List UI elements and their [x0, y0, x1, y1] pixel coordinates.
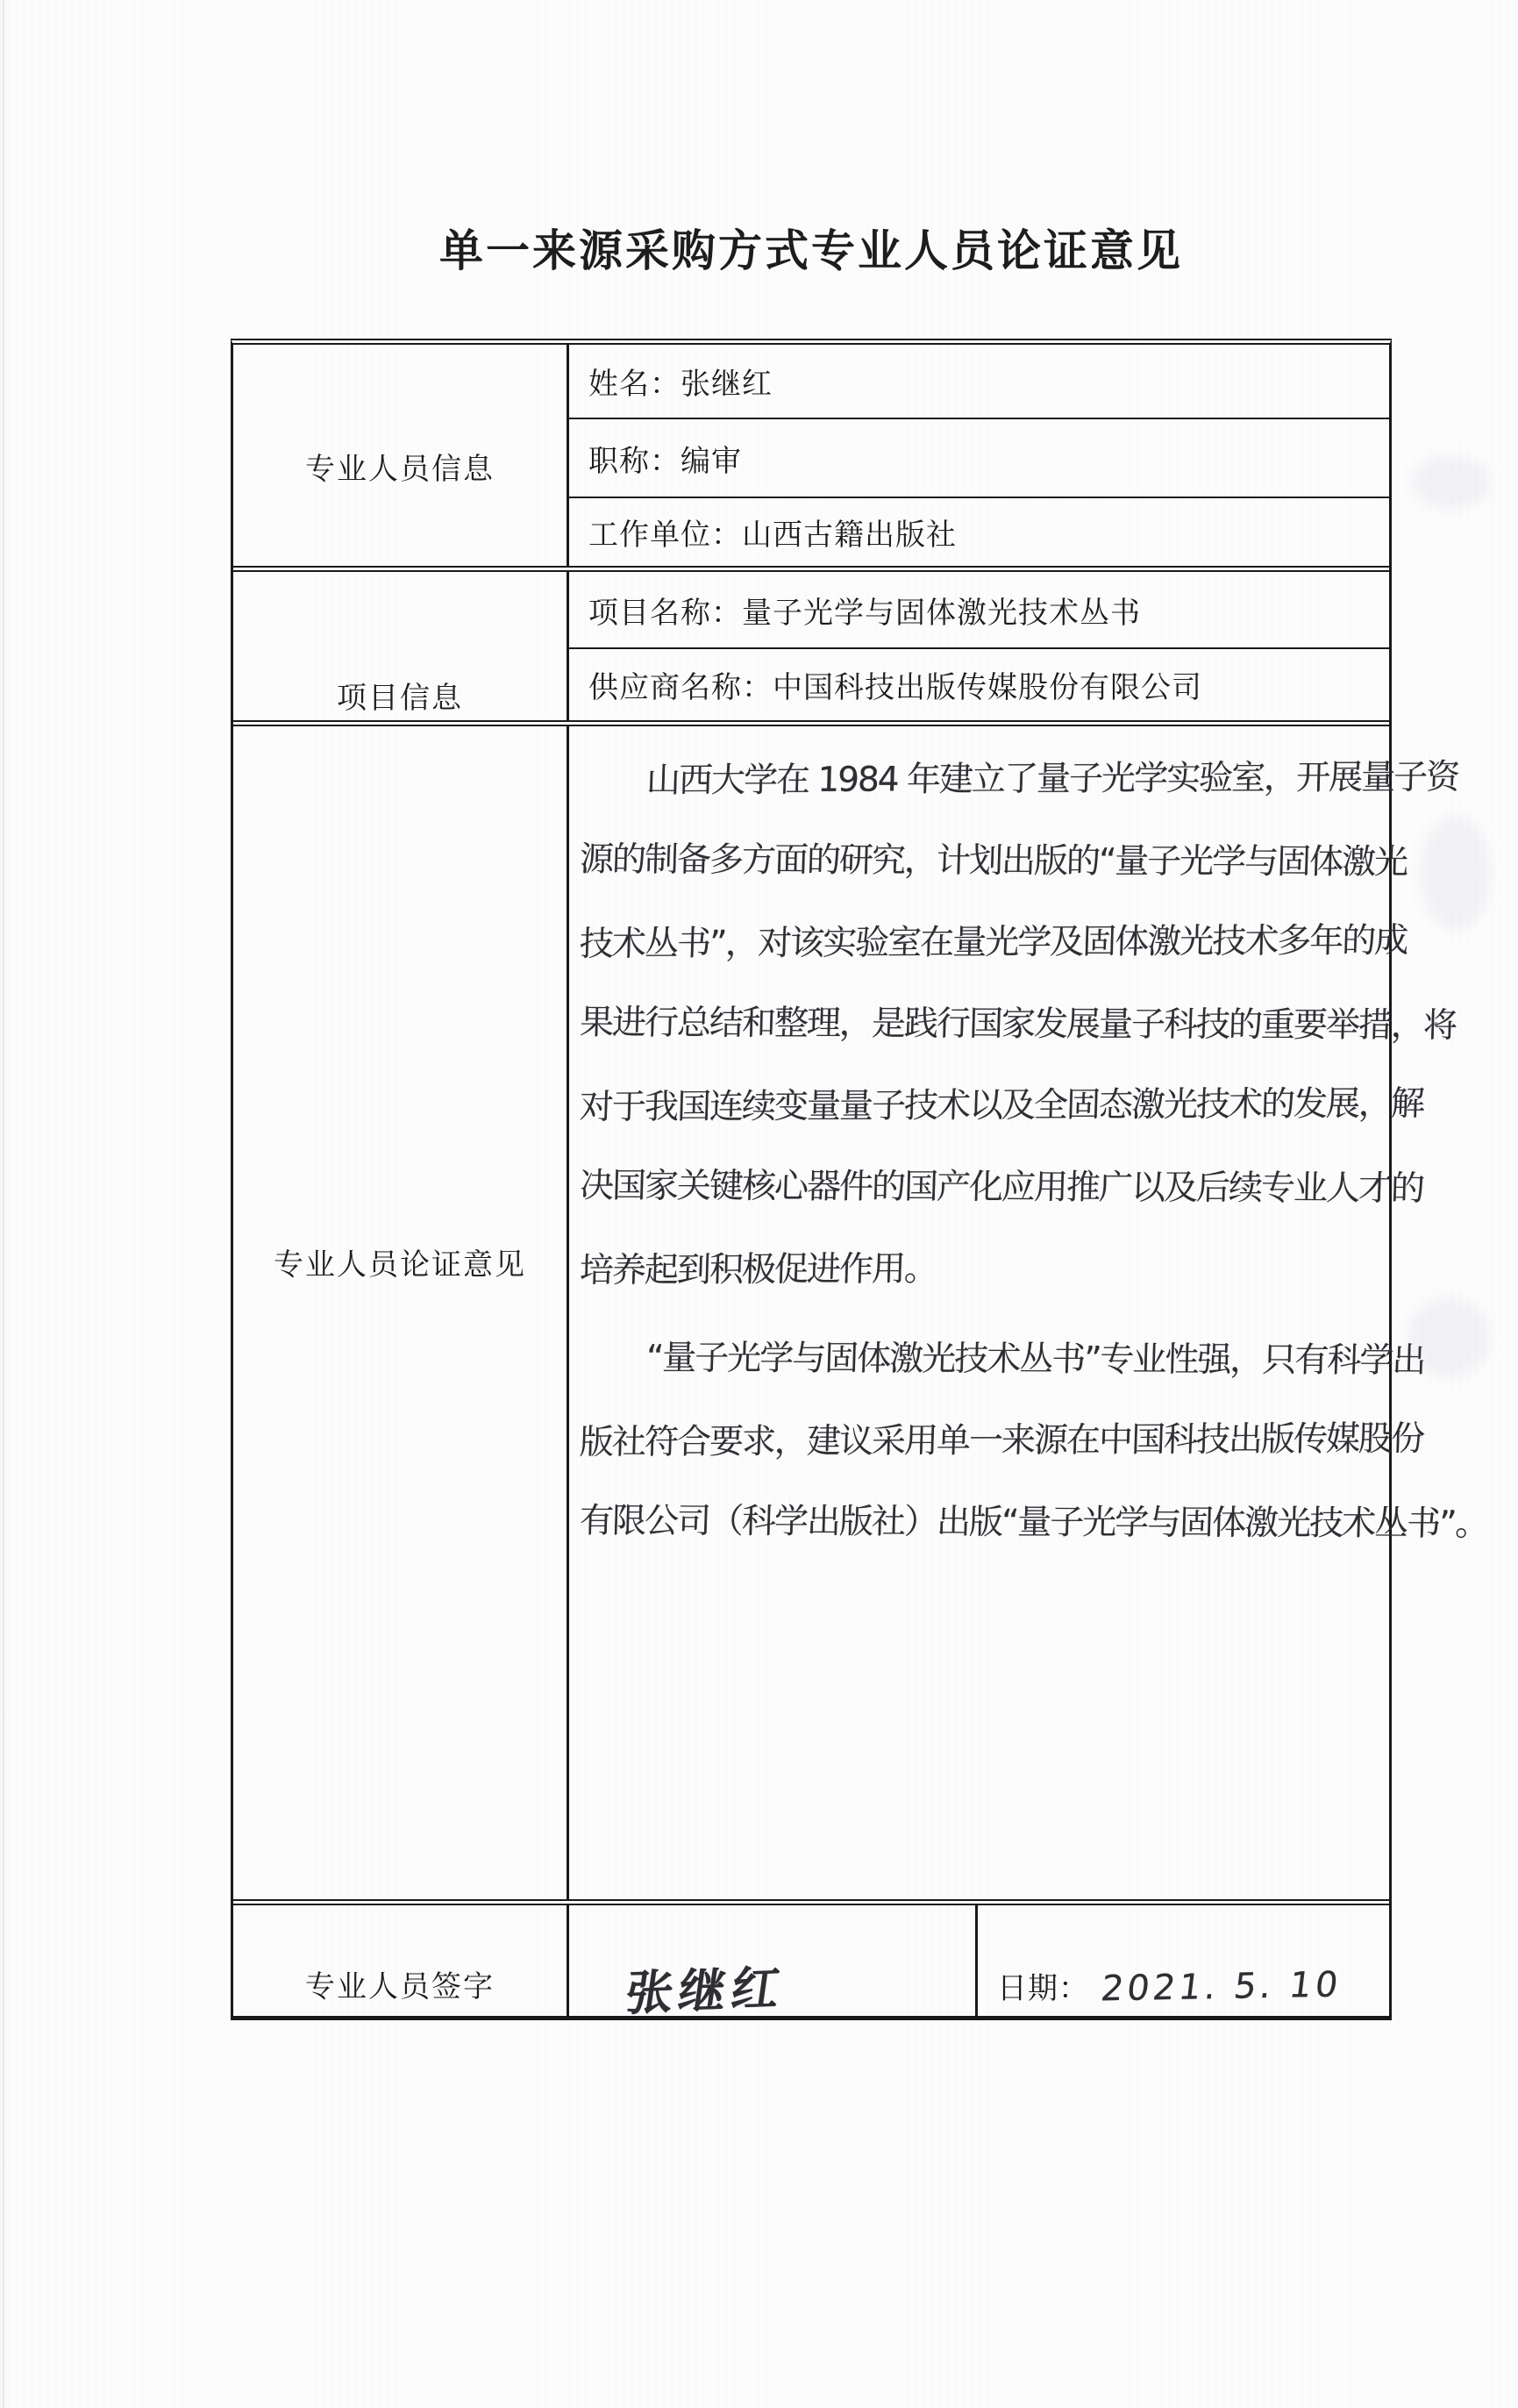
opinion-label-cell: 专业人员论证意见 — [233, 726, 569, 1899]
section-opinion: 专业人员论证意见 山西大学在 1984 年建立了量子光学实验室，开展量子资 源的… — [233, 726, 1389, 1905]
section-project-info: 项目信息 项目名称：量子光学与固体激光技术丛书 供应商名称：中国科技出版传媒股份… — [233, 572, 1389, 726]
date-label: 日期： — [997, 1964, 1089, 2007]
handwritten-opinion: 山西大学在 1984 年建立了量子光学实验室，开展量子资 源的制备多方面的研究，… — [569, 726, 1389, 1899]
handwritten-line: 果进行总结和整理，是践行国家发展量子科技的重要举措，将 — [579, 982, 1391, 1066]
section-personnel-info: 专业人员信息 姓名：张继红 职称：编审 工作单位：山西古籍出版社 — [233, 345, 1389, 572]
signature-label-cell: 专业人员签字 — [233, 1905, 569, 2016]
field-job-title: 职称：编审 — [569, 419, 1389, 498]
handwritten-date-value: 2021. 5. 10 — [1099, 1964, 1343, 2009]
handwritten-line: 对于我国连续变量量子技术以及全固态激光技术的发展，解 — [579, 1063, 1391, 1148]
project-info-label: 项目信息 — [337, 674, 463, 717]
scan-edge-line — [3, 0, 4, 2408]
signature-cell: 张继红 — [569, 1905, 978, 2016]
date-line: 日期： 2021. 5. 10 — [997, 1964, 1341, 2007]
project-info-label-cell: 项目信息 — [233, 572, 569, 720]
field-project-name: 项目名称：量子光学与固体激光技术丛书 — [569, 572, 1389, 649]
opinion-content-cell: 山西大学在 1984 年建立了量子光学实验室，开展量子资 源的制备多方面的研究，… — [569, 726, 1389, 1899]
ink-dot — [1434, 1022, 1438, 1026]
signature-label: 专业人员签字 — [305, 1962, 495, 2005]
section-signature: 专业人员签字 张继红 日期： 2021. 5. 10 — [233, 1905, 1389, 2016]
handwritten-line: 培养起到积极促进作用。 — [579, 1226, 1391, 1311]
project-info-fields: 项目名称：量子光学与固体激光技术丛书 供应商名称：中国科技出版传媒股份有限公司 — [569, 572, 1389, 720]
handwritten-line: 有限公司（科学出版社）出版“量子光学与固体激光技术丛书”。 — [579, 1480, 1391, 1564]
handwritten-line: 技术丛书”，对该实验室在量光学及固体激光技术多年的成 — [579, 900, 1391, 985]
handwritten-line: “量子光学与固体激光技术丛书”专业性强，只有科学出 — [579, 1317, 1391, 1401]
handwritten-line: 山西大学在 1984 年建立了量子光学实验室，开展量子资 — [579, 737, 1391, 822]
personnel-info-fields: 姓名：张继红 职称：编审 工作单位：山西古籍出版社 — [569, 345, 1389, 566]
scan-smudge — [1408, 1298, 1491, 1377]
document-title: 单一来源采购方式专业人员论证意见 — [231, 216, 1392, 279]
handwritten-line: 决国家关键核心器件的国产化应用推广以及后续专业人才的 — [579, 1145, 1391, 1229]
date-cell: 日期： 2021. 5. 10 — [978, 1905, 1389, 2016]
opinion-label: 专业人员论证意见 — [274, 1240, 526, 1283]
scan-smudge — [1412, 456, 1491, 509]
handwritten-line: 源的制备多方面的研究，计划出版的“量子光学与固体激光 — [579, 818, 1391, 903]
form-table: 专业人员信息 姓名：张继红 职称：编审 工作单位：山西古籍出版社 项目信息 项目… — [231, 339, 1392, 2020]
field-name: 姓名：张继红 — [569, 345, 1389, 419]
field-supplier-name: 供应商名称：中国科技出版传媒股份有限公司 — [569, 649, 1389, 720]
handwritten-signature: 张继红 — [622, 1950, 790, 2023]
handwritten-line: 版社符合要求，建议采用单一来源在中国科技出版传媒股份 — [579, 1398, 1391, 1483]
scanned-form-page: 单一来源采购方式专业人员论证意见 专业人员信息 姓名：张继红 职称：编审 工作单… — [0, 0, 1518, 2408]
scan-smudge — [1421, 816, 1491, 930]
personnel-info-label-cell: 专业人员信息 — [233, 345, 569, 566]
field-work-unit: 工作单位：山西古籍出版社 — [569, 498, 1389, 566]
personnel-info-label: 专业人员信息 — [305, 445, 495, 488]
